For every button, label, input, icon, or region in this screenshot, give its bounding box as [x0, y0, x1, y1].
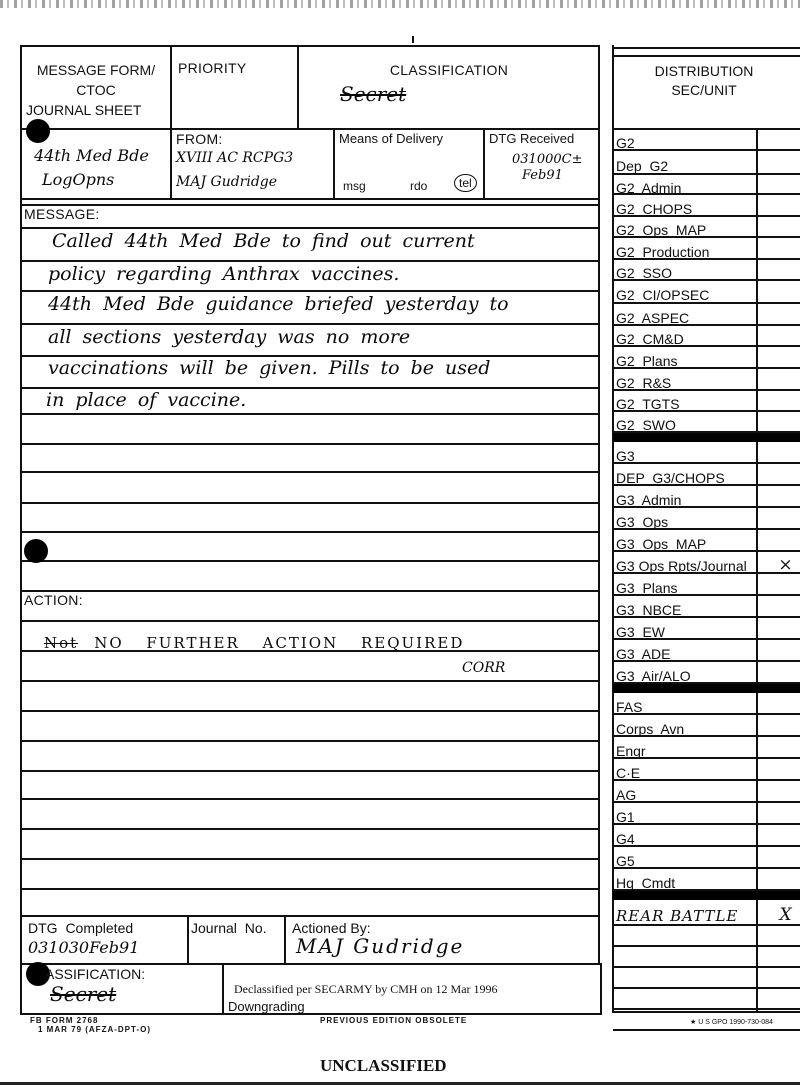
distribution-row[interactable]: G3 EW	[613, 618, 800, 640]
classification-value[interactable]: Secret	[340, 82, 406, 106]
dtg-received-label: DTG Received	[489, 131, 574, 146]
distribution-row[interactable]: G3 Ops	[613, 508, 800, 530]
divider	[612, 1011, 800, 1013]
distribution-row[interactable]: G2 SWO	[613, 412, 800, 433]
punch-hole	[24, 539, 48, 563]
distribution-row[interactable]	[613, 1010, 800, 1031]
dtg-completed-value[interactable]: 031030Feb91	[28, 938, 139, 957]
distribution-header: DISTRIBUTION SEC/UNIT	[614, 62, 794, 100]
ruled-line	[22, 710, 600, 712]
distribution-row[interactable]: G2	[613, 130, 800, 151]
distribution-row[interactable]: C·E	[613, 759, 800, 781]
message-line: 44th Med Bde guidance briefed yesterday …	[48, 293, 509, 315]
ruled-line	[22, 858, 600, 860]
distribution-row[interactable]: DEP G3/CHOPS	[613, 464, 800, 486]
message-label: MESSAGE:	[24, 206, 100, 222]
ruled-line	[22, 590, 600, 592]
distribution-group-separator	[613, 433, 800, 442]
form-number: FB FORM 2768 1 MAR 79 (AFZA-DPT-O)	[30, 1016, 151, 1034]
distribution-row[interactable]: G3 ADE	[613, 640, 800, 662]
distribution-group-separator	[613, 891, 800, 900]
bottom-classification-value[interactable]: Secret	[50, 982, 116, 1006]
distribution-row[interactable]	[613, 947, 800, 968]
action-text[interactable]: NotNO FURTHER ACTION REQUIRED	[44, 634, 464, 652]
message-line: Called 44th Med Bde to find out current	[52, 230, 475, 252]
message-line: policy regarding Anthrax vaccines.	[48, 263, 399, 285]
divider	[22, 204, 600, 206]
distribution-row[interactable]: G2 CI/OPSEC	[613, 281, 800, 304]
distribution-row[interactable]: FAS	[613, 693, 800, 715]
registration-mark	[412, 36, 414, 43]
punch-hole	[26, 119, 50, 143]
message-line: all sections yesterday was no more	[48, 326, 410, 348]
distribution-row[interactable]: G2 Production	[613, 238, 800, 260]
classification-label: CLASSIFICATION	[299, 62, 599, 78]
distribution-row[interactable]: G2 CM&D	[613, 326, 800, 347]
message-line: in place of vaccine.	[46, 389, 246, 411]
distribution-row[interactable]: REAR BATTLEX	[613, 900, 800, 926]
distribution-row[interactable]	[613, 968, 800, 989]
ruled-line	[22, 680, 600, 682]
divider	[612, 47, 800, 49]
means-option-rdo[interactable]: rdo	[410, 179, 427, 193]
divider	[22, 198, 600, 200]
distribution-row[interactable]	[613, 989, 800, 1010]
ruled-line	[22, 502, 600, 504]
dtg-completed-label: DTG Completed	[28, 920, 133, 936]
divider	[333, 128, 335, 200]
scan-edge-top	[0, 0, 800, 8]
distribution-row[interactable]: Hq Cmdt	[613, 869, 800, 891]
dtg-received-value[interactable]: 031000C± Feb91	[512, 152, 582, 184]
distribution-row[interactable]: G3 Ops Rpts/Journal×	[613, 552, 800, 574]
distribution-row[interactable]: G2 R&S	[613, 369, 800, 391]
ruled-line	[22, 828, 600, 830]
ruled-line	[22, 443, 600, 445]
distribution-row[interactable]: G5	[613, 847, 800, 869]
distribution-row[interactable]	[613, 926, 800, 947]
downgrading-label: Downgrading	[228, 999, 305, 1014]
distribution-row[interactable]: G1	[613, 803, 800, 825]
ruled-line	[22, 323, 600, 325]
divider	[22, 128, 600, 130]
distribution-row[interactable]: AG	[613, 781, 800, 803]
unclassified-stamp: UNCLASSIFIED	[320, 1056, 447, 1076]
scan-edge-bottom	[0, 1082, 800, 1085]
action-label: ACTION:	[24, 592, 83, 608]
action-struck-word: Not	[44, 634, 78, 652]
distribution-row[interactable]: G2 Plans	[613, 347, 800, 369]
action-initials: CORR	[462, 660, 505, 676]
ruled-line	[22, 260, 600, 262]
ruled-line	[22, 471, 600, 473]
to-value[interactable]: 44th Med Bde LogOpns	[34, 144, 149, 192]
divider	[22, 915, 600, 917]
divider	[284, 915, 286, 965]
divider	[612, 55, 800, 57]
distribution-row[interactable]: G3 Plans	[613, 574, 800, 596]
message-line: vaccinations will be given. Pills to be …	[48, 357, 490, 379]
ruled-line	[22, 888, 600, 890]
divider	[483, 128, 485, 200]
actioned-by-value[interactable]: MAJ Gudridge	[296, 934, 464, 958]
distribution-row[interactable]: G4	[613, 825, 800, 847]
distribution-row[interactable]: G3 NBCE	[613, 596, 800, 618]
divider	[187, 915, 189, 965]
distribution-row[interactable]: G3 Air/ALO	[613, 662, 800, 684]
ruled-line	[22, 770, 600, 772]
distribution-row[interactable]: G2 CHOPS	[613, 195, 800, 217]
priority-label: PRIORITY	[178, 60, 247, 76]
distribution-row[interactable]: G2 TGTS	[613, 391, 800, 412]
previous-edition-note: PREVIOUS EDITION OBSOLETE	[320, 1016, 467, 1025]
distribution-row[interactable]: G3	[613, 442, 800, 464]
distribution-row[interactable]: G2 Ops MAP	[613, 217, 800, 238]
bottom-classification-label: ASSIFICATION:	[45, 966, 145, 982]
divider	[170, 128, 172, 200]
distribution-row[interactable]: Engr	[613, 737, 800, 759]
distribution-row[interactable]: G3 Ops MAP	[613, 530, 800, 552]
ruled-line	[22, 413, 600, 415]
ruled-line	[22, 531, 600, 533]
ruled-line	[22, 560, 600, 562]
declassified-note: Declassified per SECARMY by CMH on 12 Ma…	[234, 982, 498, 997]
distribution-row[interactable]: G2 ASPEC	[613, 304, 800, 326]
distribution-row[interactable]: G2 Admin	[613, 175, 800, 195]
distribution-row[interactable]: Dep G2	[613, 151, 800, 175]
ruled-line	[22, 227, 600, 229]
distribution-row[interactable]: G2 SSO	[613, 260, 800, 281]
ruled-line	[22, 620, 600, 622]
distribution-group-separator	[613, 684, 800, 693]
from-label: FROM:	[176, 131, 223, 147]
ruled-line	[22, 798, 600, 800]
means-of-delivery-label: Means of Delivery	[339, 131, 443, 146]
distribution-row[interactable]: Corps Avn	[613, 715, 800, 737]
means-option-msg[interactable]: msg	[343, 179, 366, 193]
distribution-row[interactable]: G3 Admin	[613, 486, 800, 508]
divider	[170, 45, 172, 130]
divider	[297, 45, 299, 130]
from-value[interactable]: XVIII AC RCPG3 MAJ Gudridge	[176, 146, 293, 194]
divider	[222, 963, 224, 1015]
ruled-line	[22, 290, 600, 292]
journal-no-label: Journal No.	[191, 920, 267, 936]
form-title: MESSAGE FORM/ CTOC JOURNAL SHEET	[22, 60, 170, 120]
ruled-line	[22, 740, 600, 742]
means-option-tel[interactable]: tel	[454, 174, 477, 192]
